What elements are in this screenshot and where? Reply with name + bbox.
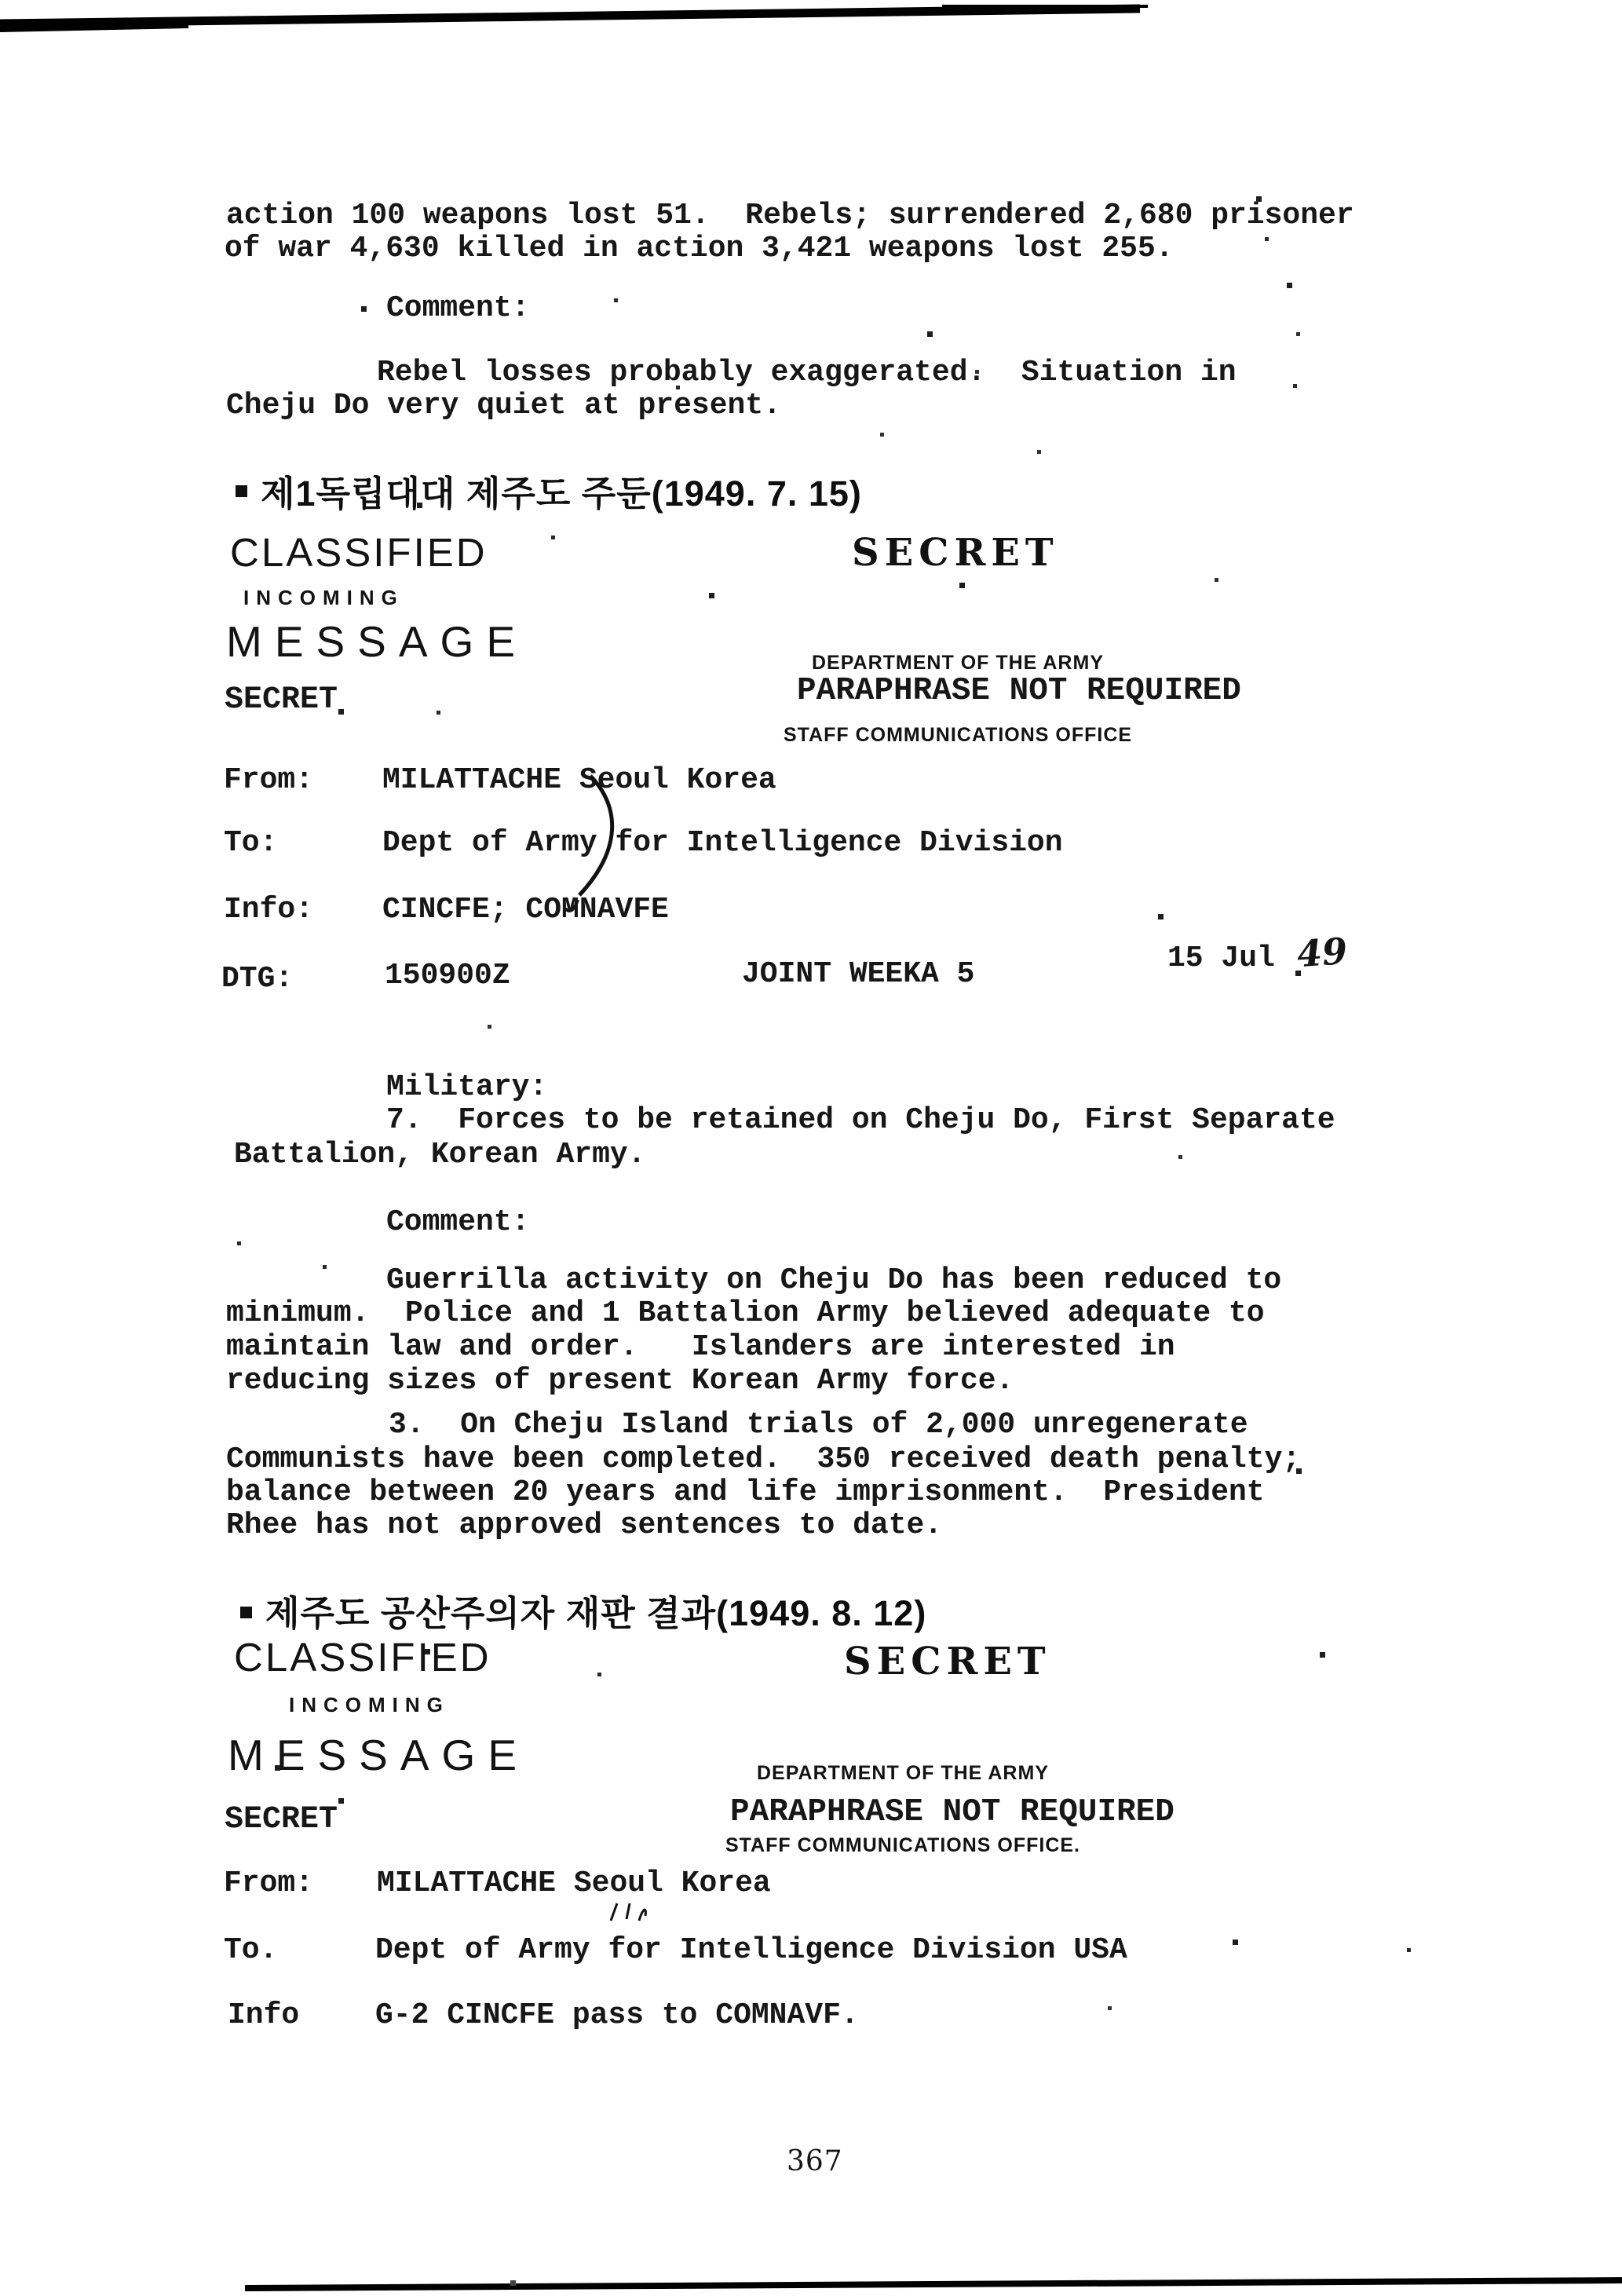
bullet-square-icon [240, 1607, 252, 1618]
dtg-value: 150900Z [385, 961, 510, 991]
korean-heading-2: 제주도 공산주의자 재판 결과(1949. 8. 12) [265, 1585, 926, 1636]
scanned-document-page: action 100 weapons lost 51. Rebels; surr… [0, 0, 1622, 2296]
scan-noise [0, 0, 2, 2]
dtg-label: DTG: [221, 964, 293, 994]
intro-comment-label: Comment: [386, 294, 529, 324]
to-value-1: Dept of Army for Intelligence Division [382, 828, 1063, 858]
info-label-2: Info [228, 2001, 299, 2031]
para3-line: 3. On Cheju Island trials of 2,000 unreg… [389, 1410, 1248, 1440]
para7-line-2: Battalion, Korean Army. [234, 1140, 646, 1170]
date-typed: 15 Jul [1167, 944, 1275, 974]
para3-line: balance between 20 years and life impris… [226, 1478, 1265, 1508]
to-label-1: To: [224, 828, 277, 858]
department-line-1: DEPARTMENT OF THE ARMY [734, 653, 1182, 673]
department-line-2: DEPARTMENT OF THE ARMY [679, 1764, 1127, 1783]
info-label-1: Info: [224, 895, 313, 925]
incoming-label-1: INCOMING [243, 587, 404, 608]
comment-label-1: Comment: [386, 1208, 529, 1238]
classified-stamp-2: CLASSIFIED [234, 1637, 491, 1677]
intro-line-2: of war 4,630 killed in action 3,421 weap… [225, 234, 1174, 264]
staff-office-line-2: STAFF COMMUNICATIONS OFFICE. [679, 1836, 1127, 1855]
staff-office-line-1: STAFF COMMUNICATIONS OFFICE [734, 726, 1182, 745]
incoming-label-2: INCOMING [289, 1695, 450, 1715]
paraphrase-stamp-1: PARAPHRASE NOT REQUIRED [797, 675, 1241, 707]
message-label-1: MESSAGE [226, 620, 528, 664]
secret-stamp-1: SECRET [852, 531, 1059, 575]
to-label-2: To. [224, 1936, 277, 1965]
intro-line-1: action 100 weapons lost 51. Rebels; surr… [226, 201, 1354, 231]
bottom-border-line [0, 2274, 1622, 2296]
intro-comment-line-2: Cheju Do very quiet at present. [226, 391, 781, 421]
bullet-square-icon [236, 485, 247, 497]
intro-comment-line-1: Rebel losses probably exaggerated. Situa… [377, 358, 1237, 388]
comment-para-line: minimum. Police and 1 Battalion Army bel… [226, 1299, 1265, 1329]
paraphrase-stamp-2: PARAPHRASE NOT REQUIRED [730, 1797, 1174, 1829]
from-label-1: From: [224, 766, 313, 795]
para3-line: Communists have been completed. 350 rece… [226, 1445, 1300, 1475]
date-year-handwritten: 49 [1295, 930, 1349, 975]
secret-stamp-2: SECRET [844, 1640, 1051, 1684]
classification-secret-2: SECRET [225, 1804, 338, 1836]
info-value-1: CINCFE; COMNAVFE [382, 895, 669, 925]
comment-para-line: maintain law and order. Islanders are in… [226, 1333, 1175, 1362]
joint-weeka-label: JOINT WEEKA 5 [742, 960, 974, 989]
page-number: 367 [787, 2145, 843, 2177]
comment-para-line: reducing sizes of present Korean Army fo… [226, 1366, 1014, 1396]
message-label-2: MESSAGE [228, 1734, 529, 1777]
korean-heading-1: 제1독립대대 제주도 주둔(1949. 7. 15) [261, 465, 862, 516]
from-label-2: From: [224, 1869, 313, 1899]
comment-para-line: Guerrilla activity on Cheju Do has been … [386, 1266, 1281, 1296]
para7-line-1: 7. Forces to be retained on Cheju Do, Fi… [386, 1106, 1335, 1135]
info-value-2: G-2 CINCFE pass to COMNAVF. [375, 2001, 859, 2031]
top-border-line [0, 0, 1622, 47]
to-value-2: Dept of Army for Intelligence Division U… [375, 1936, 1127, 1965]
military-label: Military: [386, 1073, 547, 1102]
from-value-2: MILATTACHE Seoul Korea [377, 1869, 771, 1899]
handwritten-marks-2 [606, 1900, 677, 1929]
classified-stamp-1: CLASSIFIED [230, 532, 488, 572]
classification-secret-1: SECRET [225, 685, 338, 716]
para3-line: Rhee has not approved sentences to date. [226, 1511, 942, 1541]
